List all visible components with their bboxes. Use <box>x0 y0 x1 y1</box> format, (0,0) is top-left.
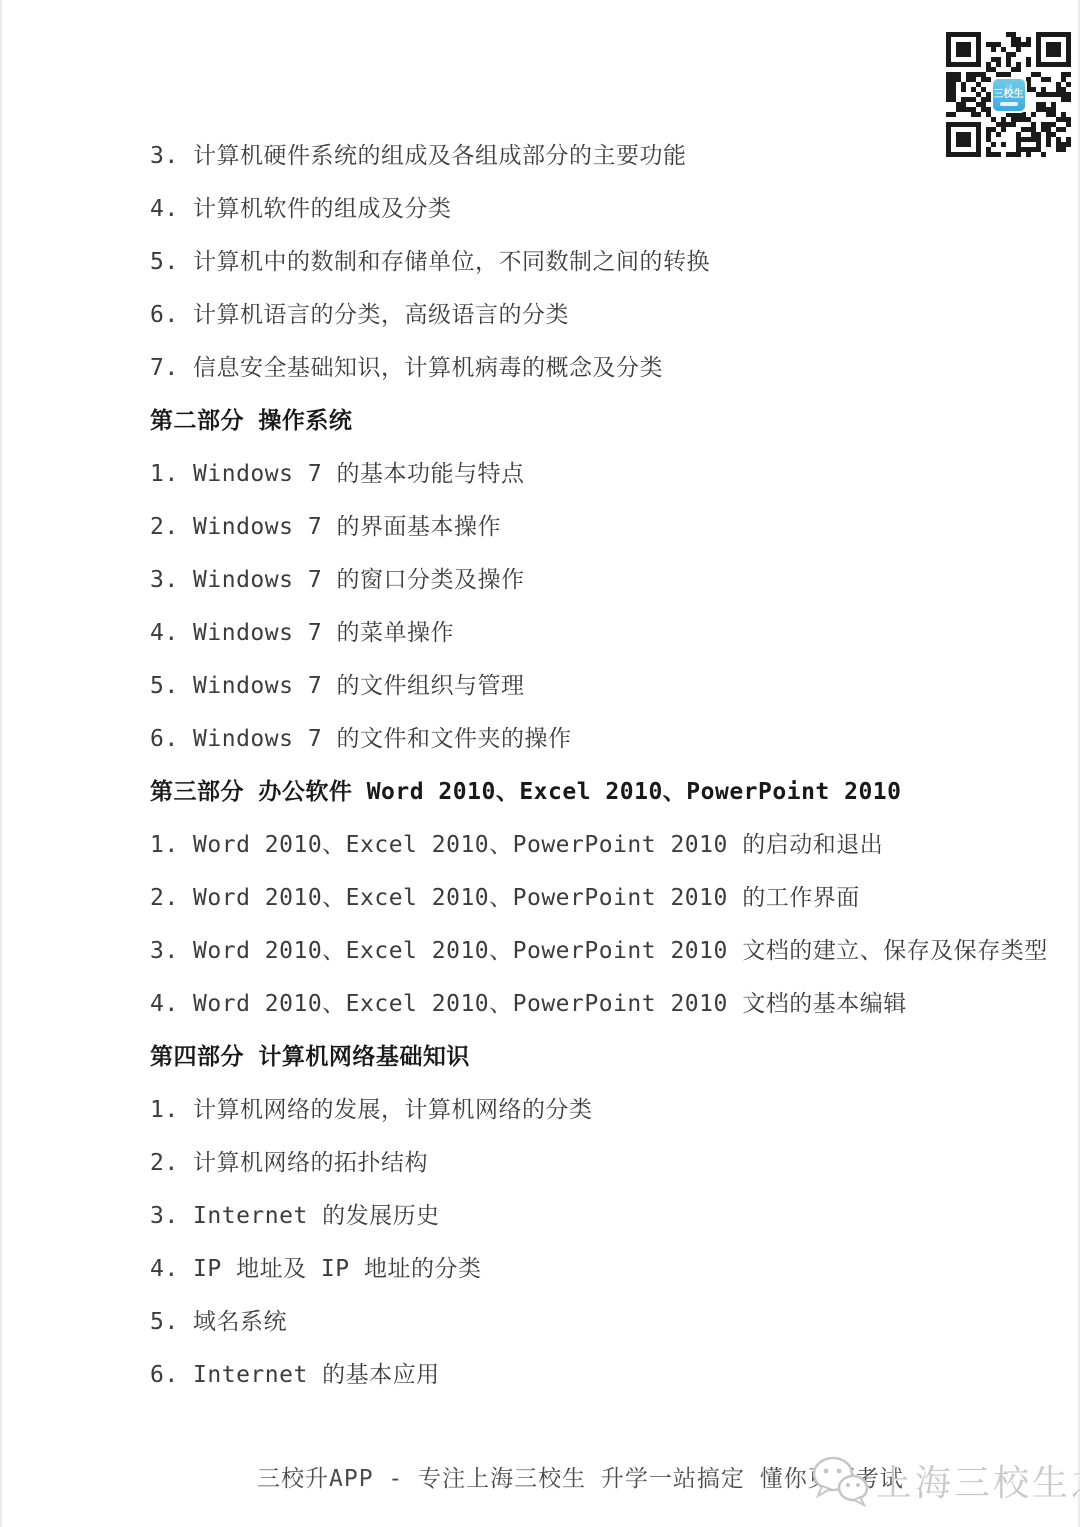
list-item: 4. Word 2010、Excel 2010、PowerPoint 2010 … <box>150 978 1038 1031</box>
list-item: 2. Windows 7 的界面基本操作 <box>150 501 1038 554</box>
list-item: 3. 计算机硬件系统的组成及各组成部分的主要功能 <box>150 130 1038 183</box>
list-item: 3. Internet 的发展历史 <box>150 1190 1038 1243</box>
footer-slogan: 三校升APP - 专注上海三校生 升学一站搞定 懂你更懂考试 <box>257 1459 904 1499</box>
qr-logo-bar <box>1000 102 1018 106</box>
list-item: 6. Internet 的基本应用 <box>150 1349 1038 1402</box>
document-page: 上海 三校生 3. 计算机硬件系统的组成及各组成部分的主要功能4. 计算机软件的… <box>0 0 1080 1527</box>
list-item: 4. Windows 7 的菜单操作 <box>150 607 1038 660</box>
list-item: 2. 计算机网络的拓扑结构 <box>150 1137 1038 1190</box>
list-item: 1. 计算机网络的发展，计算机网络的分类 <box>150 1084 1038 1137</box>
document-lines: 3. 计算机硬件系统的组成及各组成部分的主要功能4. 计算机软件的组成及分类5.… <box>150 130 1038 1402</box>
list-item: 1. Word 2010、Excel 2010、PowerPoint 2010 … <box>150 819 1038 872</box>
list-item: 4. IP 地址及 IP 地址的分类 <box>150 1243 1038 1296</box>
list-item: 1. Windows 7 的基本功能与特点 <box>150 448 1038 501</box>
qr-logo-tiny-text: 上海 <box>1005 84 1013 89</box>
list-item: 5. Windows 7 的文件组织与管理 <box>150 660 1038 713</box>
list-item: 7. 信息安全基础知识，计算机病毒的概念及分类 <box>150 342 1038 395</box>
section-heading: 第三部分 办公软件 Word 2010、Excel 2010、PowerPoin… <box>150 766 1038 819</box>
list-item: 2. Word 2010、Excel 2010、PowerPoint 2010 … <box>150 872 1038 925</box>
watermark-text: 上海三校生之家 <box>876 1455 1080 1506</box>
list-item: 5. 域名系统 <box>150 1296 1038 1349</box>
list-item: 6. 计算机语言的分类，高级语言的分类 <box>150 289 1038 342</box>
qr-logo-text: 三校生 <box>994 89 1024 100</box>
list-item: 5. 计算机中的数制和存储单位，不同数制之间的转换 <box>150 236 1038 289</box>
list-item: 3. Word 2010、Excel 2010、PowerPoint 2010 … <box>150 925 1038 978</box>
list-item: 4. 计算机软件的组成及分类 <box>150 183 1038 236</box>
list-item: 3. Windows 7 的窗口分类及操作 <box>150 554 1038 607</box>
section-heading: 第二部分 操作系统 <box>150 395 1038 448</box>
wechat-icon <box>808 1452 872 1508</box>
qr-center-logo: 上海 三校生 <box>991 77 1027 113</box>
watermark: 上海三校生之家 <box>808 1452 1080 1508</box>
section-heading: 第四部分 计算机网络基础知识 <box>150 1031 1038 1084</box>
list-item: 6. Windows 7 的文件和文件夹的操作 <box>150 713 1038 766</box>
